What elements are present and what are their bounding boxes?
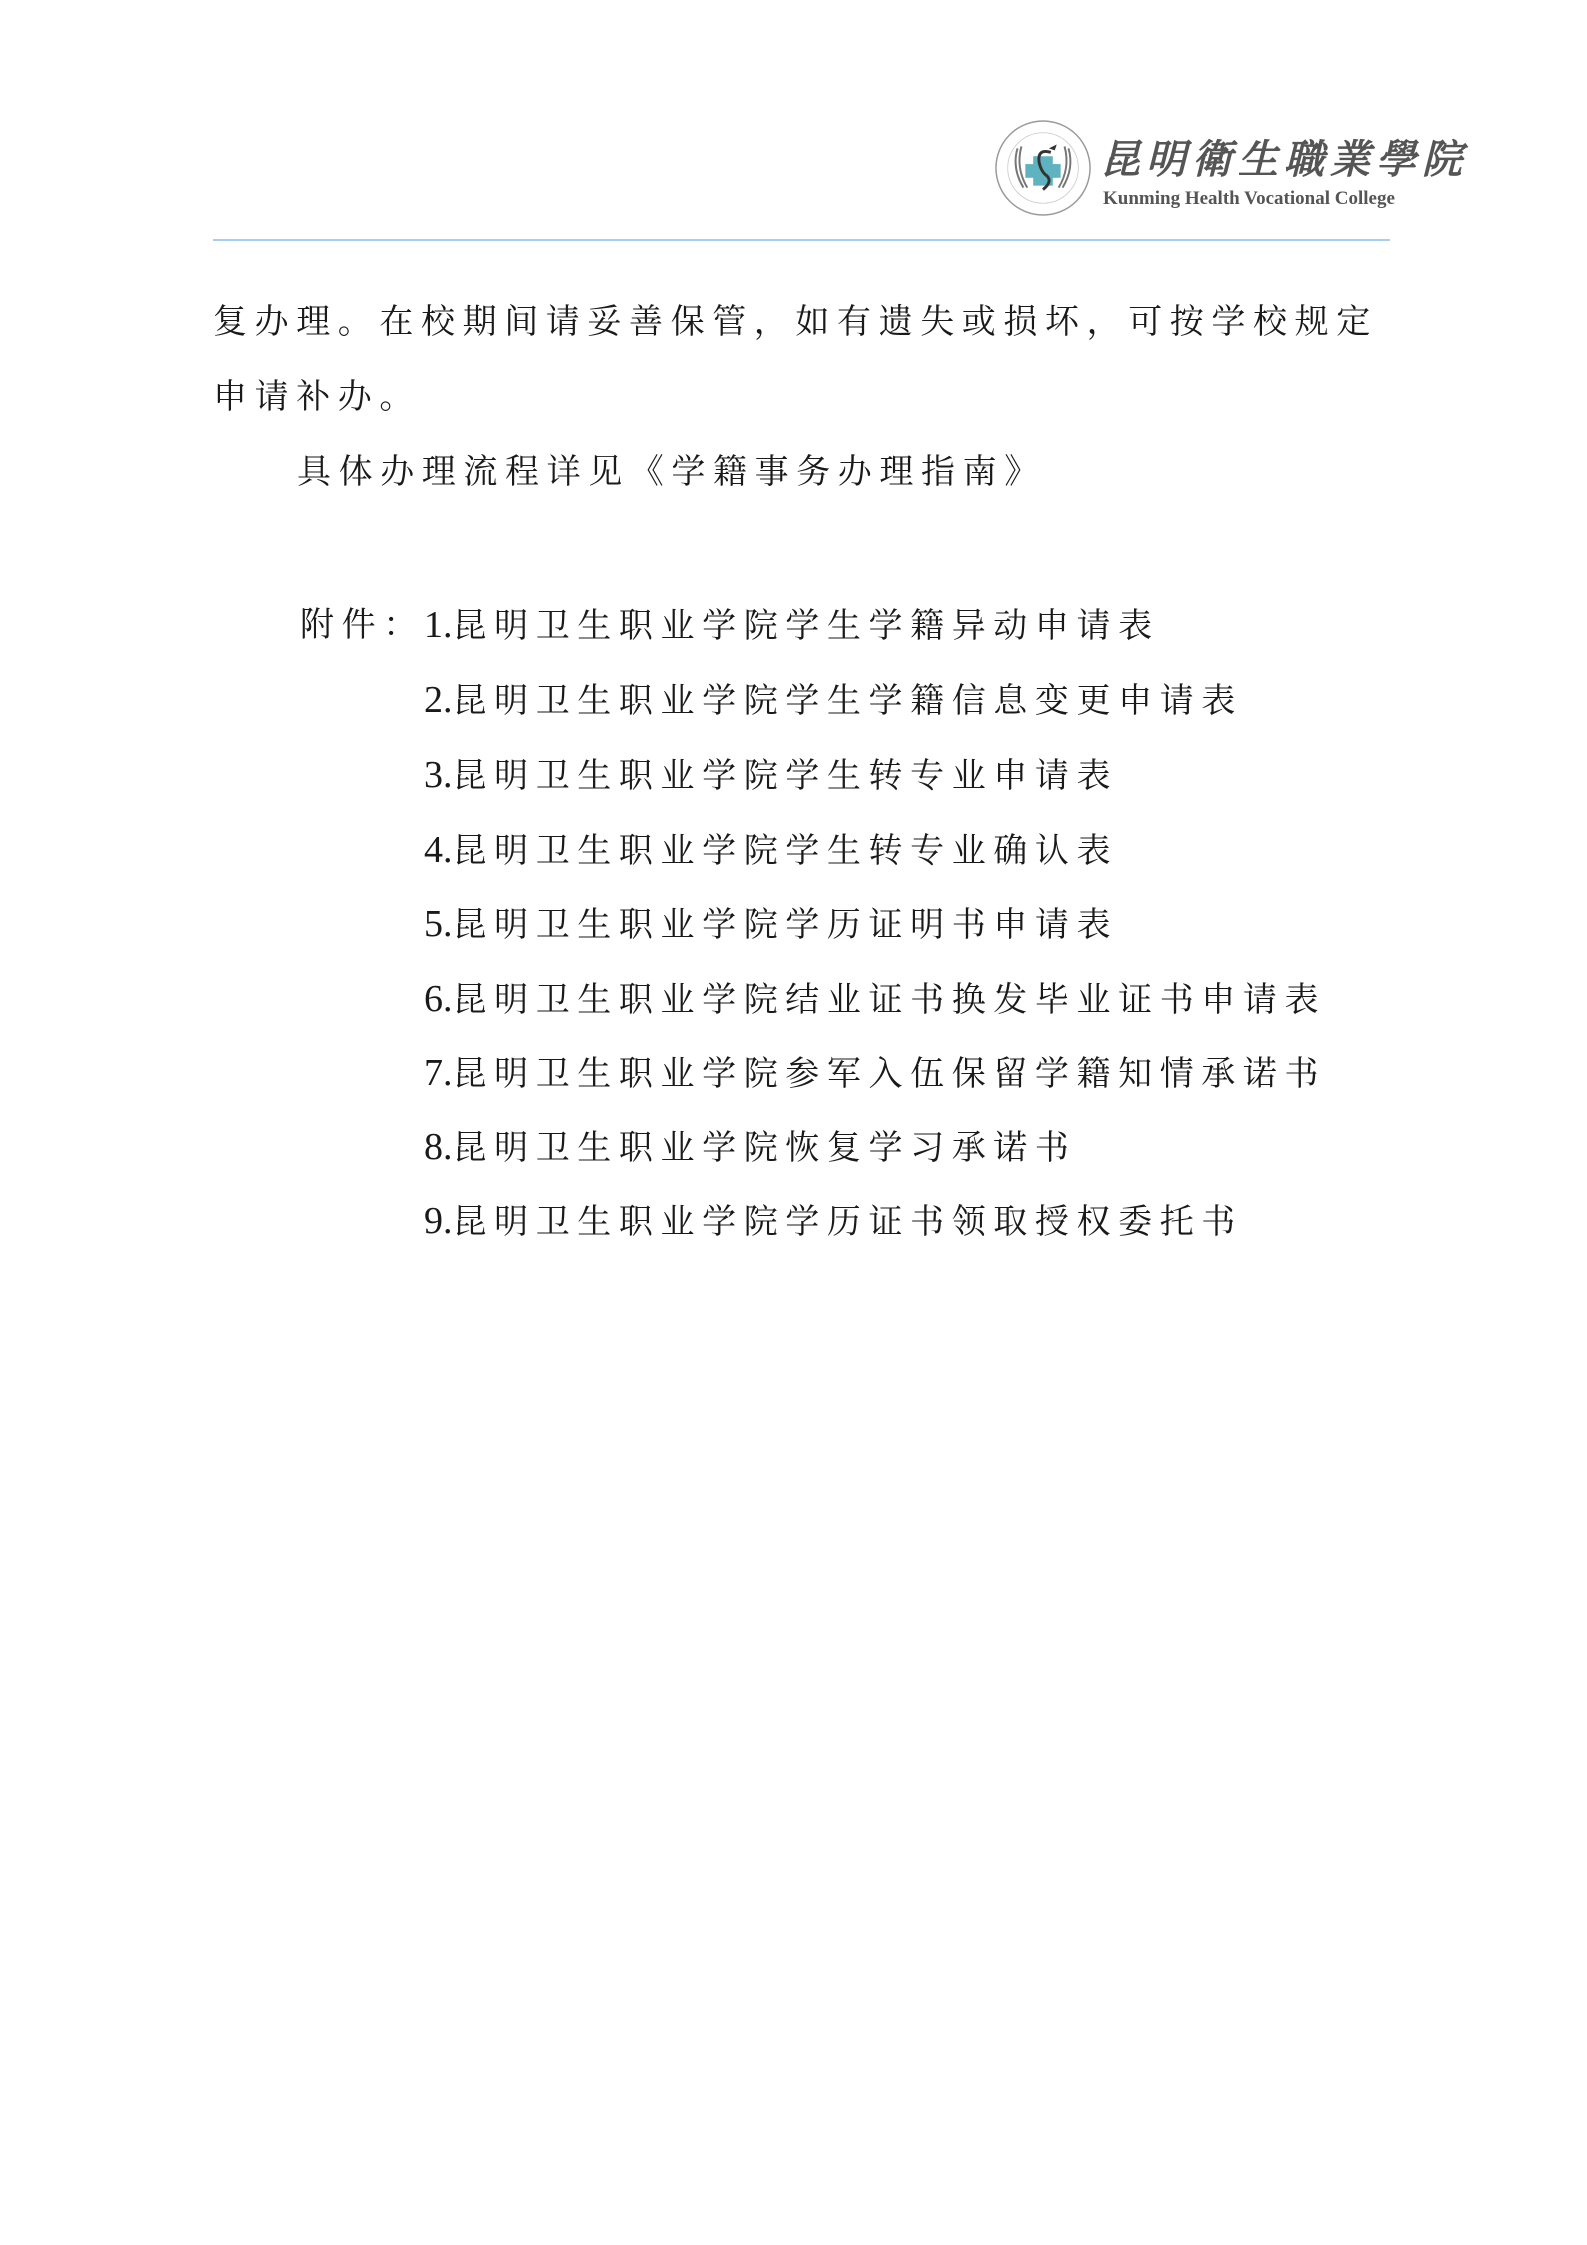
college-name-en: Kunming Health Vocational College bbox=[1103, 188, 1395, 210]
attachment-item: 7.昆明卫生职业学院参军入伍保留学籍知情承诺书 bbox=[424, 1052, 1326, 1095]
attachment-item: 6.昆明卫生职业学院结业证书换发毕业证书申请表 bbox=[424, 978, 1326, 1021]
college-name-cn: 昆明衛生職業學院 bbox=[1100, 128, 1468, 185]
attachment-item: 5.昆明卫生职业学院学历证明书申请表 bbox=[424, 903, 1118, 946]
attachment-item: 4.昆明卫生职业学院学生转专业确认表 bbox=[424, 829, 1118, 872]
attachment-item: 3.昆明卫生职业学院学生转专业申请表 bbox=[424, 754, 1118, 797]
attachment-item: 8.昆明卫生职业学院恢复学习承诺书 bbox=[424, 1126, 1077, 1169]
attachment-item: 9.昆明卫生职业学院学历证书领取授权委托书 bbox=[424, 1200, 1243, 1243]
attachment-item: 1.昆明卫生职业学院学生学籍异动申请表 bbox=[424, 604, 1160, 647]
page-header: 昆明衛生職業學院 Kunming Health Vocational Colle… bbox=[0, 0, 1587, 245]
attachment-item: 2.昆明卫生职业学院学生学籍信息变更申请表 bbox=[424, 679, 1243, 722]
header-divider bbox=[213, 239, 1390, 241]
paragraph-line: 复办理。在校期间请妥善保管，如有遗失或损坏，可按学校规定 bbox=[213, 301, 1378, 343]
paragraph-line: 申请补办。 bbox=[213, 376, 421, 418]
paragraph: 具体办理流程详见《学籍事务办理指南》 bbox=[297, 451, 1046, 493]
college-seal-icon bbox=[994, 119, 1092, 217]
attachments-label: 附件： bbox=[300, 604, 425, 646]
